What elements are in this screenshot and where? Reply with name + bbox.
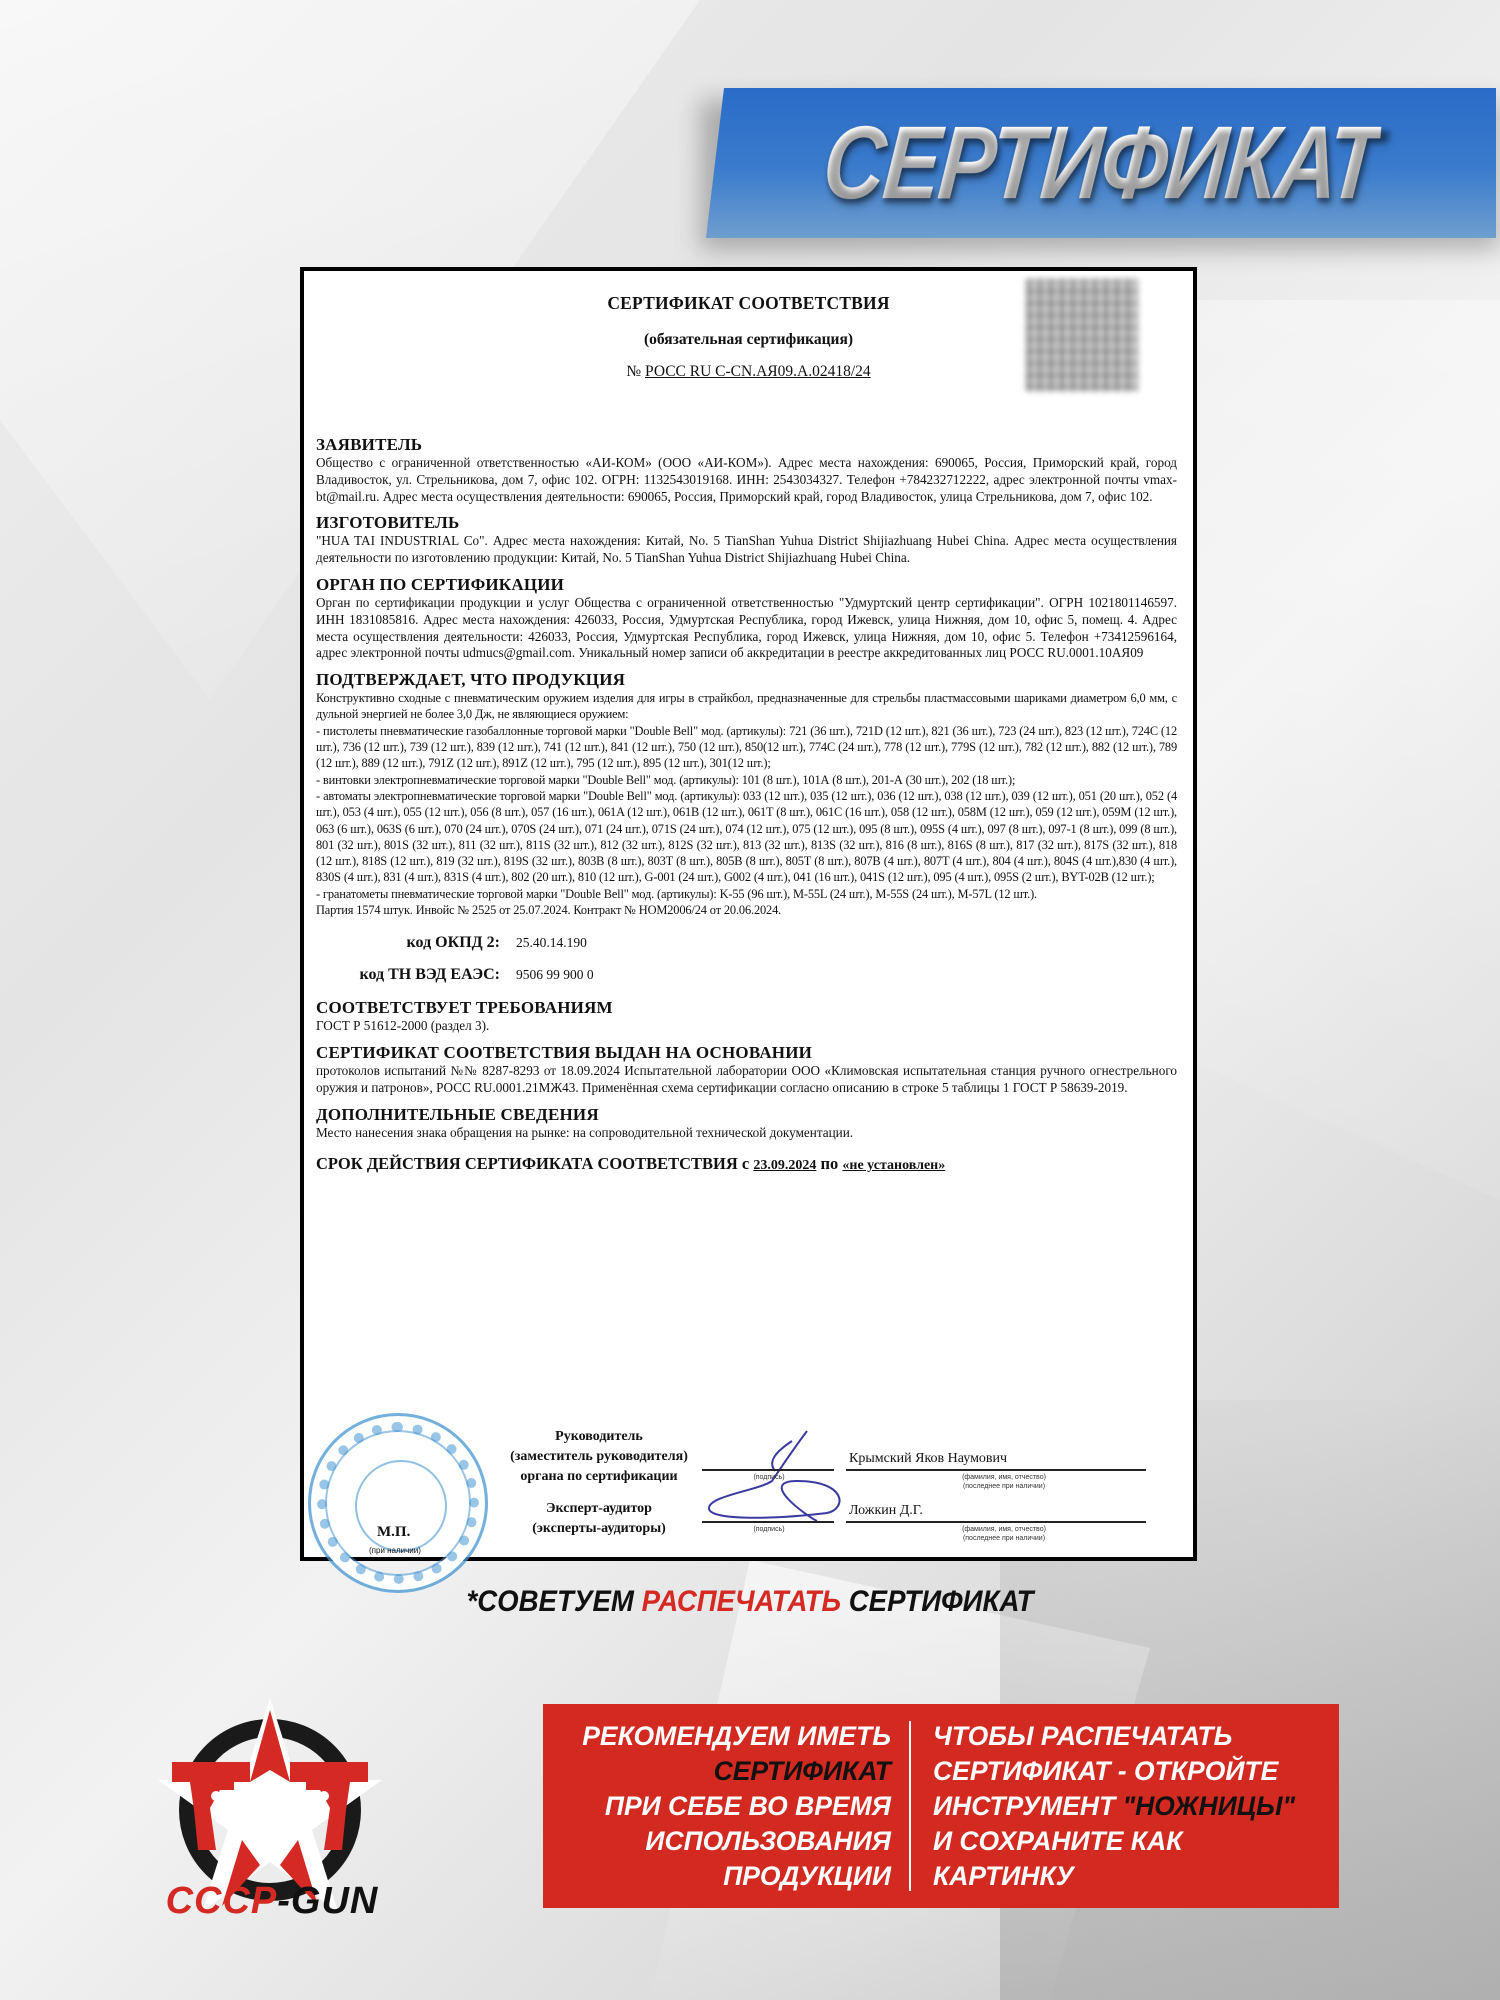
- banner-line: ИНСТРУМЕНТ "НОЖНИЦЫ": [933, 1789, 1339, 1824]
- banner-line: КАРТИНКУ: [933, 1859, 1339, 1894]
- certificate-header: СЕРТИФИКАТ СООТВЕТСТВИЯ (обязательная се…: [304, 293, 1193, 381]
- section-product: ПОДТВЕРЖДАЕТ, ЧТО ПРОДУКЦИЯ Конструктивн…: [316, 670, 1177, 918]
- info-banner-right: ЧТОБЫ РАСПЕЧАТАТЬ СЕРТИФИКАТ - ОТКРОЙТЕ …: [911, 1719, 1339, 1894]
- caption-line: (фамилия, имя, отчество): [944, 1473, 1064, 1482]
- signatory-name: Крымский Яков Наумович: [849, 1451, 1007, 1467]
- info-banner: РЕКОМЕНДУЕМ ИМЕТЬ СЕРТИФИКАТ ПРИ СЕБЕ ВО…: [543, 1704, 1339, 1908]
- product-codes: код ОКПД 2: 25.40.14.190 код ТН ВЭД ЕАЭС…: [316, 934, 1177, 984]
- number-value: РОСС RU С-CN.АЯ09.А.02418/24: [645, 363, 871, 380]
- banner-line: ИСПОЛЬЗОВАНИЯ: [543, 1824, 891, 1859]
- print-advice: *СОВЕТУЕМ РАСПЕЧАТАТЬ СЕРТИФИКАТ: [60, 1585, 1440, 1619]
- name-line: [846, 1469, 1146, 1471]
- banner-line: РЕКОМЕНДУЕМ ИМЕТЬ: [543, 1719, 891, 1754]
- code-tnved: код ТН ВЭД ЕАЭС: 9506 99 900 0: [316, 966, 1177, 984]
- code-value: 9506 99 900 0: [516, 967, 594, 983]
- signatory-role-head: Руководитель (заместитель руководителя) …: [499, 1427, 699, 1487]
- section-text: Место нанесения знака обращения на рынке…: [316, 1125, 1177, 1142]
- section-title: ПОДТВЕРЖДАЕТ, ЧТО ПРОДУКЦИЯ: [316, 670, 1177, 690]
- validity-to-label: по: [821, 1154, 839, 1173]
- advice-prefix: *СОВЕТУЕМ: [466, 1585, 633, 1618]
- validity-to: «не установлен»: [842, 1158, 945, 1173]
- certificate-subheading: (обязательная сертификация): [304, 331, 1193, 349]
- section-text: Орган по сертификации продукции и услуг …: [316, 595, 1177, 662]
- name-line: [846, 1521, 1146, 1523]
- section-title: ИЗГОТОВИТЕЛЬ: [316, 513, 1177, 533]
- page-title: СЕРТИФИКАТ: [819, 104, 1384, 223]
- signature-block: Руководитель (заместитель руководителя) …: [304, 1421, 1193, 1551]
- section-title: ОРГАН ПО СЕРТИФИКАЦИИ: [316, 575, 1177, 595]
- role-line: (заместитель руководителя): [499, 1447, 699, 1467]
- code-label: код ТН ВЭД ЕАЭС:: [316, 966, 516, 984]
- banner-text: ИНСТРУМЕНТ: [933, 1791, 1115, 1821]
- product-automatics: - автоматы электропневматические торгово…: [316, 788, 1177, 886]
- signature-line: [702, 1521, 834, 1523]
- section-title: ЗАЯВИТЕЛЬ: [316, 435, 1177, 455]
- certificate-number: № РОСС RU С-CN.АЯ09.А.02418/24: [304, 363, 1193, 381]
- section-text: "HUA TAI INDUSTRIAL Co". Адрес места нах…: [316, 533, 1177, 567]
- banner-line: ЧТОБЫ РАСПЕЧАТАТЬ: [933, 1719, 1339, 1754]
- advice-highlight: РАСПЕЧАТАТЬ: [642, 1585, 841, 1618]
- code-label: код ОКПД 2:: [316, 934, 516, 952]
- logo-text-red: CCCP: [166, 1880, 278, 1922]
- role-line: Руководитель: [499, 1427, 699, 1447]
- section-requirements: СООТВЕТСТВУЕТ ТРЕБОВАНИЯМ ГОСТ Р 51612-2…: [316, 998, 1177, 1035]
- code-okpd2: код ОКПД 2: 25.40.14.190: [316, 934, 1177, 952]
- section-text: ГОСТ Р 51612-2000 (раздел 3).: [316, 1018, 1177, 1035]
- advice-suffix: СЕРТИФИКАТ: [849, 1585, 1034, 1618]
- section-title: ДОПОЛНИТЕЛЬНЫЕ СВЕДЕНИЯ: [316, 1105, 1177, 1125]
- section-additional-info: ДОПОЛНИТЕЛЬНЫЕ СВЕДЕНИЯ Место нанесения …: [316, 1105, 1177, 1142]
- signatory-name: Ложкин Д.Г.: [849, 1503, 923, 1519]
- product-batch: Партия 1574 штук. Инвойс № 2525 от 25.07…: [316, 902, 1177, 918]
- section-text: протоколов испытаний №№ 8287-8293 от 18.…: [316, 1063, 1177, 1097]
- signature-caption: (подпись): [724, 1525, 814, 1534]
- role-line: органа по сертификации: [499, 1467, 699, 1487]
- section-issued-basis: СЕРТИФИКАТ СООТВЕТСТВИЯ ВЫДАН НА ОСНОВАН…: [316, 1043, 1177, 1097]
- code-value: 25.40.14.190: [516, 935, 587, 951]
- banner-line: И СОХРАНИТЕ КАК: [933, 1824, 1339, 1859]
- signatory-role-expert: Эксперт-аудитор (эксперты-аудиторы): [499, 1499, 699, 1539]
- section-title: СЕРТИФИКАТ СООТВЕТСТВИЯ ВЫДАН НА ОСНОВАН…: [316, 1043, 1177, 1063]
- banner-line: СЕРТИФИКАТ - ОТКРОЙТЕ: [933, 1754, 1339, 1789]
- validity-from: 23.09.2024: [753, 1158, 816, 1173]
- caption-line: (фамилия, имя, отчество): [944, 1525, 1064, 1534]
- product-grenade-launchers: - гранатометы пневматические торговой ма…: [316, 886, 1177, 902]
- section-title: СООТВЕТСТВУЕТ ТРЕБОВАНИЯМ: [316, 998, 1177, 1018]
- banner-highlight: "НОЖНИЦЫ": [1123, 1791, 1295, 1821]
- caption-line: (последнее при наличии): [944, 1534, 1064, 1543]
- product-pistols: - пистолеты пневматические газобаллонные…: [316, 723, 1177, 772]
- section-text: Общество с ограниченной ответственностью…: [316, 455, 1177, 505]
- banner-line: ПРОДУКЦИИ: [543, 1859, 891, 1894]
- title-banner: СЕРТИФИКАТ: [706, 88, 1496, 238]
- certificate-heading: СЕРТИФИКАТ СООТВЕТСТВИЯ: [304, 293, 1193, 314]
- logo-text-black: -GUN: [277, 1880, 378, 1922]
- caption-line: (последнее при наличии): [944, 1482, 1064, 1491]
- validity-period: СРОК ДЕЙСТВИЯ СЕРТИФИКАТА СООТВЕТСТВИЯ с…: [316, 1154, 1177, 1174]
- validity-label: СРОК ДЕЙСТВИЯ СЕРТИФИКАТА СООТВЕТСТВИЯ с: [316, 1154, 749, 1173]
- role-line: Эксперт-аудитор: [499, 1499, 699, 1519]
- section-manufacturer: ИЗГОТОВИТЕЛЬ "HUA TAI INDUSTRIAL Co". Ад…: [316, 513, 1177, 567]
- brand-logo-text: CCCP-GUN: [152, 1880, 392, 1923]
- product-rifles: - винтовки электропневматические торгово…: [316, 772, 1177, 788]
- banner-line: ПРИ СЕБЕ ВО ВРЕМЯ: [543, 1789, 891, 1824]
- section-certification-body: ОРГАН ПО СЕРТИФИКАЦИИ Орган по сертифика…: [316, 575, 1177, 662]
- role-line: (эксперты-аудиторы): [499, 1519, 699, 1539]
- certificate-body: ЗАЯВИТЕЛЬ Общество с ограниченной ответс…: [316, 435, 1177, 1174]
- section-applicant: ЗАЯВИТЕЛЬ Общество с ограниченной ответс…: [316, 435, 1177, 505]
- product-description: Конструктивно сходные с пневматическим о…: [316, 690, 1177, 723]
- number-prefix: №: [626, 363, 641, 380]
- certificate-document: СЕРТИФИКАТ СООТВЕТСТВИЯ (обязательная се…: [300, 267, 1197, 1561]
- name-caption: (фамилия, имя, отчество) (последнее при …: [944, 1473, 1064, 1491]
- banner-highlight: СЕРТИФИКАТ: [543, 1754, 891, 1789]
- signature-line: [702, 1469, 834, 1471]
- signature-caption: (подпись): [724, 1473, 814, 1482]
- info-banner-left: РЕКОМЕНДУЕМ ИМЕТЬ СЕРТИФИКАТ ПРИ СЕБЕ ВО…: [543, 1719, 909, 1894]
- name-caption: (фамилия, имя, отчество) (последнее при …: [944, 1525, 1064, 1543]
